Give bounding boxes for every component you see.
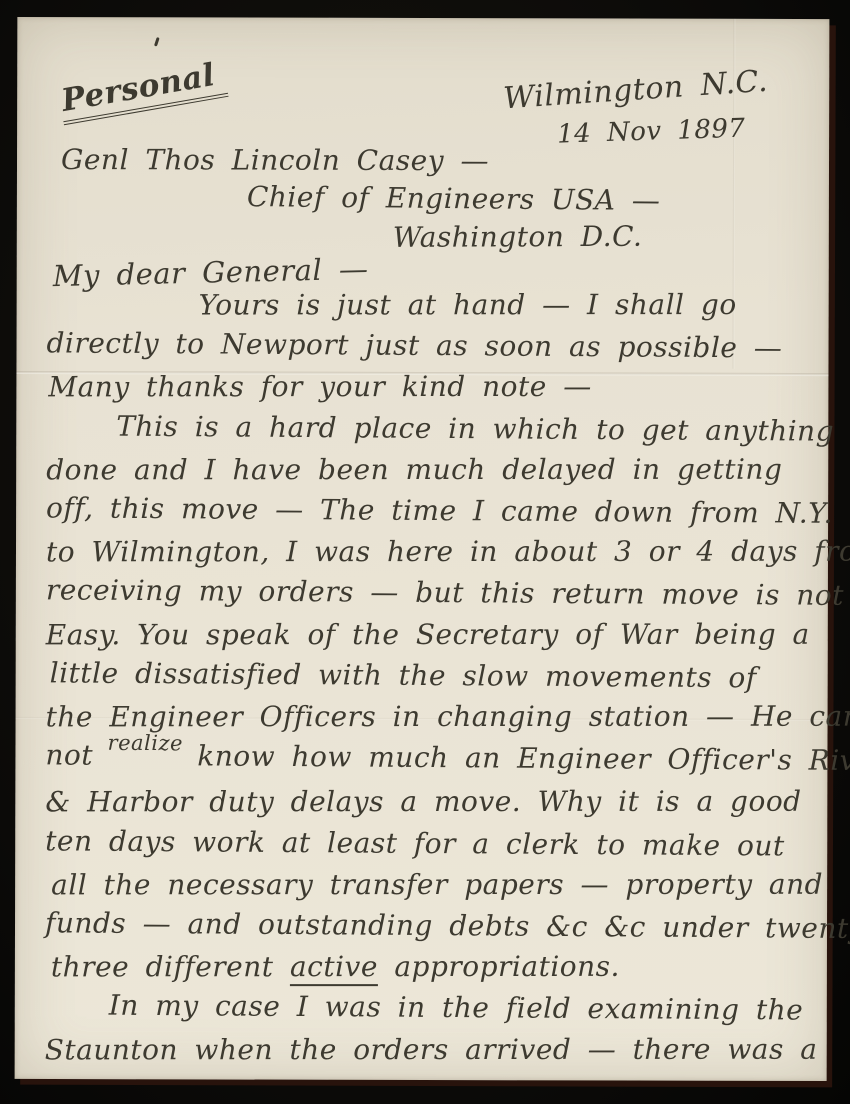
inserted-word: realize xyxy=(107,723,183,765)
letter-line: directly to Newport just as soon as poss… xyxy=(46,323,822,370)
letter-line: Easy. You speak of the Secretary of War … xyxy=(46,613,822,655)
line-text: three different xyxy=(51,950,290,983)
letter-line: & Harbor duty delays a move. Why it is a… xyxy=(45,781,821,823)
letter-line: to Wilmington, I was here in about 3 or … xyxy=(46,531,822,573)
line-text: not xyxy=(45,739,109,772)
ink-speck xyxy=(154,37,160,46)
line-text: know how much an Engineer Officer's Rive… xyxy=(181,740,850,778)
letter-line: funds — and outstanding debts &c &c unde… xyxy=(45,902,821,949)
line-text: off, this move — The time I came down fr… xyxy=(46,491,833,529)
line-text: Easy. You speak of the Secretary of War … xyxy=(46,617,810,651)
letter-line: Yours is just at hand — I shall go xyxy=(199,284,823,326)
line-text: little dissatisfied with the slow moveme… xyxy=(50,656,757,694)
line-text: & Harbor duty delays a move. Why it is a… xyxy=(45,785,801,819)
letter-line: ten days work at least for a clerk to ma… xyxy=(45,820,821,867)
letter-line: not realize know how much an Engineer Of… xyxy=(45,735,821,785)
line-text: receiving my orders — but this return mo… xyxy=(46,574,850,613)
personal-annotation: Personal xyxy=(57,55,229,125)
letter-line: This is a hard place in which to get any… xyxy=(116,405,822,451)
letter-line: little dissatisfied with the slow moveme… xyxy=(50,652,822,699)
line-text: Staunton when the orders arrived — there… xyxy=(45,1032,818,1066)
letter-line: Many thanks for your kind note — xyxy=(48,366,822,408)
letter-line: off, this move — The time I came down fr… xyxy=(46,487,822,534)
line-text: Many thanks for your kind note — xyxy=(48,370,591,403)
recipient-title-line: Chief of Engineers USA — xyxy=(247,178,661,220)
place-line: Wilmington N.C. xyxy=(502,64,769,117)
recipient-city-line: Washington D.C. xyxy=(393,218,661,257)
letter-line: receiving my orders — but this return mo… xyxy=(46,570,822,617)
letter-line: three different active appropriations. xyxy=(51,946,821,988)
recipient-block: Genl Thos Lincoln Casey — Chief of Engin… xyxy=(61,141,661,257)
letter-body: Yours is just at hand — I shall godirect… xyxy=(45,283,823,1071)
underlined-word: active xyxy=(290,950,378,986)
letter-line: done and I have been much delayed in get… xyxy=(46,449,822,491)
line-text: directly to Newport just as soon as poss… xyxy=(46,327,782,365)
line-text: Yours is just at hand — I shall go xyxy=(199,288,737,321)
line-text: ten days work at least for a clerk to ma… xyxy=(45,824,785,862)
line-text: appropriations. xyxy=(378,950,620,983)
letter-line: all the necessary transfer papers — prop… xyxy=(51,864,821,906)
recipient-name-line: Genl Thos Lincoln Casey — xyxy=(61,141,661,181)
line-text: This is a hard place in which to get any… xyxy=(116,409,834,447)
letter-line: In my case I was in the field examining … xyxy=(109,985,821,1031)
scan-root: { "scan": { "background_color": "#0b0a08… xyxy=(0,0,850,1104)
line-text: In my case I was in the field examining … xyxy=(109,989,804,1027)
letter-line: Staunton when the orders arrived — there… xyxy=(45,1028,821,1070)
line-text: all the necessary transfer papers — prop… xyxy=(51,868,823,902)
line-text: to Wilmington, I was here in about 3 or … xyxy=(46,535,850,569)
line-text: done and I have been much delayed in get… xyxy=(46,453,782,487)
letter-paper: Personal Wilmington N.C. 14 Nov 1897 Gen… xyxy=(15,17,830,1081)
line-text: funds — and outstanding debts &c &c unde… xyxy=(45,906,850,945)
